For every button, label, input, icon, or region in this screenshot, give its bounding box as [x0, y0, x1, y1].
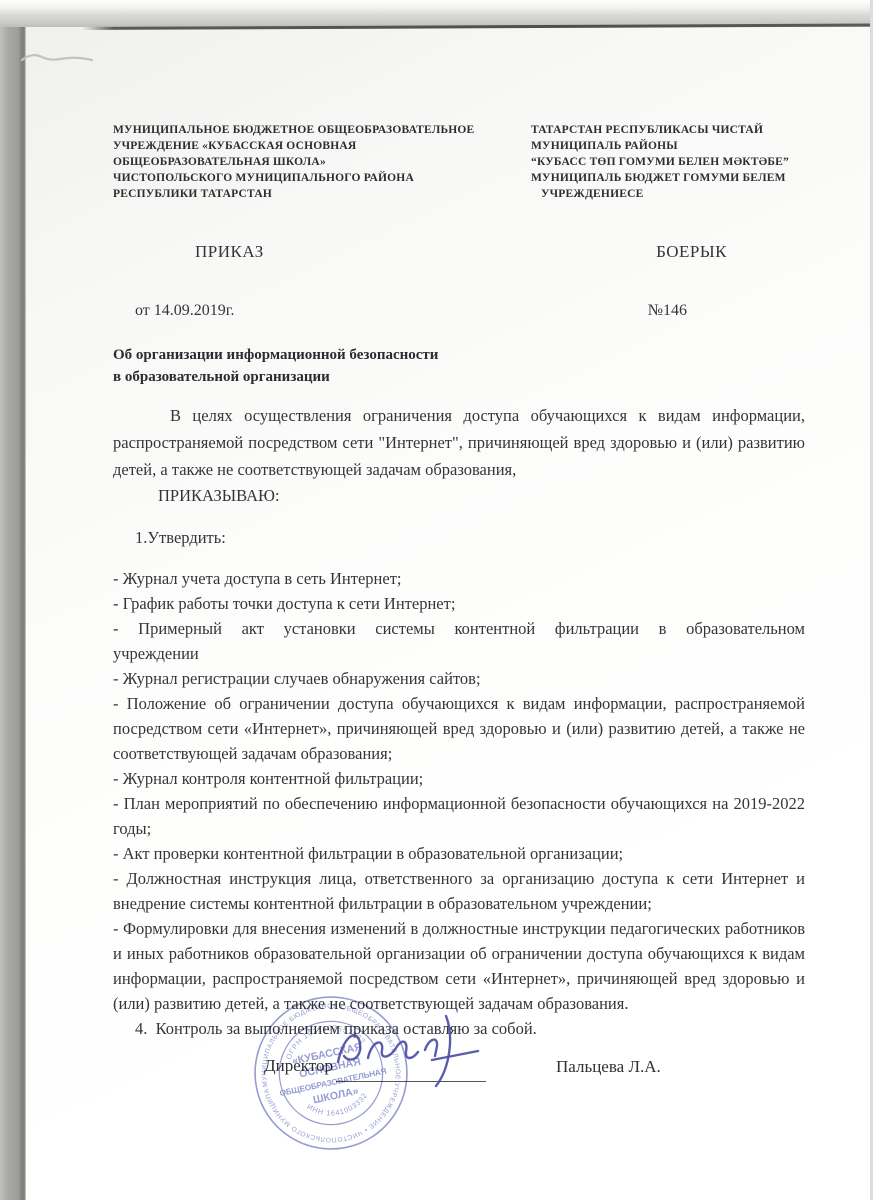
list-item: - План мероприятий по обеспечению информ… — [113, 791, 805, 841]
letterhead-line: УЧРЕЖДЕНИЕ «КУБАССКАЯ ОСНОВНАЯ — [113, 138, 498, 154]
resolve-word: ПРИКАЗЫВАЮ: — [113, 483, 805, 508]
list-item: - Акт проверки контентной фильтрации в о… — [113, 841, 805, 866]
order-title-ru: ПРИКАЗ — [195, 242, 264, 262]
letterhead-line: УЧРЕЖДЕНИЕСЕ — [531, 186, 805, 202]
letterhead-line: РЕСПУБЛИКИ ТАТАРСТАН — [113, 186, 498, 202]
list-item: - Положение об ограничении доступа обуча… — [113, 691, 805, 766]
order-title-row: ПРИКАЗ БОЕРЫК — [113, 242, 805, 262]
letterhead-line: МУНИЦИПАЛЬ БЮДЖЕТ ГОМУМИ БЕЛЕМ — [531, 170, 805, 186]
scanned-order-page: МУНИЦИПАЛЬНОЕ БЮДЖЕТНОЕ ОБЩЕОБРАЗОВАТЕЛЬ… — [0, 0, 873, 1200]
order-title-tat: БОЕРЫК — [656, 242, 727, 262]
order-date-row: от 14.09.2019г. №146 — [113, 302, 805, 320]
letterhead-line: МУНИЦИПАЛЬ РАЙОНЫ — [531, 138, 805, 154]
letterhead-line: МУНИЦИПАЛЬНОЕ БЮДЖЕТНОЕ ОБЩЕОБРАЗОВАТЕЛЬ… — [113, 122, 498, 138]
list-item: - Журнал учета доступа в сеть Интернет; — [113, 566, 805, 591]
scan-edge-left — [0, 0, 26, 1200]
letterhead-tatar: ТАТАРСТАН РЕСПУБЛИКАСЫ ЧИСТАЙ МУНИЦИПАЛЬ… — [505, 122, 805, 202]
order-number: №146 — [648, 302, 687, 320]
list-item: - Журнал контроля контентной фильтрации; — [113, 766, 805, 791]
letterhead-line: ЧИСТОПОЛЬСКОГО МУНИЦИПАЛЬНОГО РАЙОНА — [113, 170, 498, 186]
scan-edge-top — [0, 0, 873, 27]
pencil-mark — [18, 44, 96, 70]
intro-paragraph: В целях осуществления ограничения доступ… — [113, 402, 805, 483]
order-subject-line2: в образовательной организации — [113, 366, 805, 388]
handwritten-signature — [328, 1010, 500, 1092]
letterhead-line: ТАТАРСТАН РЕСПУБЛИКАСЫ ЧИСТАЙ — [531, 122, 805, 138]
letterhead-russian: МУНИЦИПАЛЬНОЕ БЮДЖЕТНОЕ ОБЩЕОБРАЗОВАТЕЛЬ… — [113, 122, 498, 202]
list-item: - Журнал регистрации случаев обнаружения… — [113, 666, 805, 691]
letterhead-line: “КУБАСС ТӨП ГОМУМИ БЕЛЕН МӘКТӘБЕ” — [531, 154, 805, 170]
approve-heading: 1.Утвердить: — [113, 525, 805, 550]
list-item: - Формулировки для внесения изменений в … — [113, 916, 805, 1016]
order-date: от 14.09.2019г. — [135, 302, 235, 320]
list-item: - Должностная инструкция лица, ответстве… — [113, 866, 805, 916]
order-subject-line1: Об организации информационной безопаснос… — [113, 344, 805, 366]
signatory-name: Пальцева Л.А. — [556, 1057, 661, 1077]
letterhead: МУНИЦИПАЛЬНОЕ БЮДЖЕТНОЕ ОБЩЕОБРАЗОВАТЕЛЬ… — [113, 122, 805, 202]
list-item: - График работы точки доступа к сети Инт… — [113, 591, 805, 616]
list-item: - Примерный акт установки системы контен… — [113, 616, 805, 666]
document-body: МУНИЦИПАЛЬНОЕ БЮДЖЕТНОЕ ОБЩЕОБРАЗОВАТЕЛЬ… — [113, 122, 805, 1041]
letterhead-line: ОБЩЕОБРАЗОВАТЕЛЬНАЯ ШКОЛА» — [113, 154, 498, 170]
order-subject: Об организации информационной безопаснос… — [113, 344, 805, 388]
